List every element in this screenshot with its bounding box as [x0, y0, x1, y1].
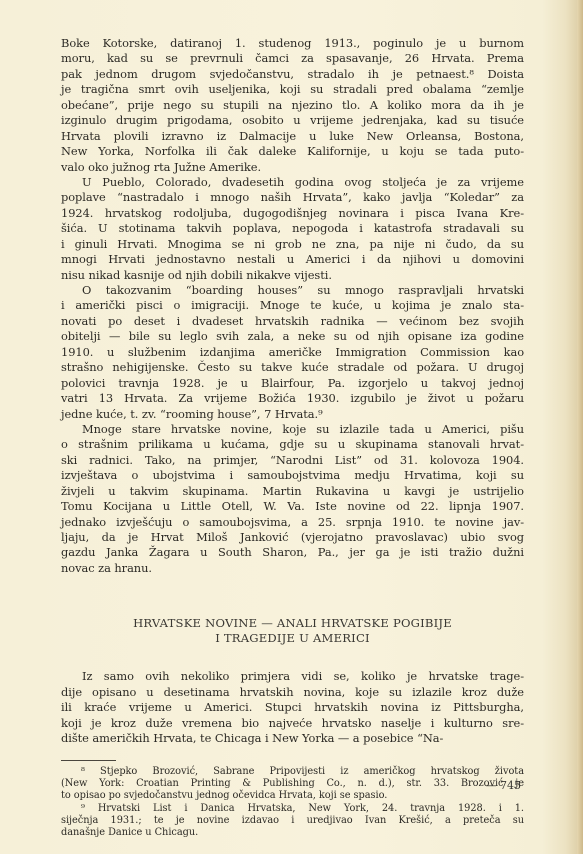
- text-line: ljaju, da je Hrvat Miloš Janković (vjero…: [61, 530, 524, 545]
- text-line: New Yorka, Norfolka ili čak daleke Kalif…: [61, 144, 524, 159]
- body-text: Boke Kotorske, datiranoj 1. studenog 191…: [61, 36, 524, 576]
- text-line: novati po deset i dvadeset hrvatskih rad…: [61, 314, 524, 329]
- paragraph: O takozvanim “boarding houses” su mnogo …: [61, 283, 524, 422]
- footnote-line: to opisao po svjedočanstvu jednog očevid…: [61, 790, 524, 802]
- text-line: moru, kad su se prevrnuli čamci za spasa…: [61, 51, 524, 66]
- text-line: U Pueblo, Colorado, dvadesetih godina ov…: [61, 175, 524, 190]
- paragraph: Mnoge stare hrvatske novine, koje su izl…: [61, 422, 524, 576]
- footnote-line: siječnja 1931.; te je novine izdavao i u…: [61, 815, 524, 827]
- text-line: Iz samo ovih nekoliko primjera vidi se, …: [61, 669, 524, 684]
- paragraph: U Pueblo, Colorado, dvadesetih godina ov…: [61, 175, 524, 283]
- text-line: strašno nehigijenske. Često su takve kuć…: [61, 360, 524, 375]
- footnote-8: ⁸ Stjepko Brozović, Sabrane Pripovijesti…: [61, 766, 524, 803]
- text-line: živjeli u takvim skupinama. Martin Rukav…: [61, 484, 524, 499]
- text-line: poplave “nastradalo i mnogo naših Hrvata…: [61, 190, 524, 205]
- page-edge-shadow: [577, 0, 583, 854]
- section-body-text: Iz samo ovih nekoliko primjera vidi se, …: [61, 669, 524, 746]
- text-line: Boke Kotorske, datiranoj 1. studenog 191…: [61, 36, 524, 51]
- text-line: jedne kuće, t. zv. “rooming house”, 7 Hr…: [61, 407, 524, 422]
- page-number: — 745: [486, 779, 522, 792]
- text-line: valo oko južnog rta Južne Amerike.: [61, 160, 524, 175]
- paragraph: Iz samo ovih nekoliko primjera vidi se, …: [61, 669, 524, 746]
- text-line: obećane”, prije nego su stupili na njezi…: [61, 98, 524, 113]
- text-line: 1924. hrvatskog rodoljuba, dugogodišnjeg…: [61, 206, 524, 221]
- text-line: ili kraće vrijeme u Americi. Stupci hrva…: [61, 700, 524, 715]
- text-line: koji je kroz duže vremena bio najveće hr…: [61, 716, 524, 731]
- text-line: izvještava o ubojstvima i samoubojstvima…: [61, 468, 524, 483]
- footnote-line: ⁹ Hrvatski List i Danica Hrvatska, New Y…: [61, 803, 524, 815]
- text-line: dije opisano u desetinama hrvatskih novi…: [61, 685, 524, 700]
- section-heading-line-1: HRVATSKE NOVINE — ANALI HRVATSKE POGIBIJ…: [61, 616, 524, 631]
- text-line: obitelji — bile su leglo svih zala, a ne…: [61, 329, 524, 344]
- text-line: O takozvanim “boarding houses” su mnogo …: [61, 283, 524, 298]
- text-line: 1910. u službenim izdanjima američke Imm…: [61, 345, 524, 360]
- text-line: Tomu Kocijana u Little Otell, W. Va. Ist…: [61, 499, 524, 514]
- footnote-line: ⁸ Stjepko Brozović, Sabrane Pripovijesti…: [61, 766, 524, 778]
- text-line: Hrvata plovili izravno iz Dalmacije u lu…: [61, 129, 524, 144]
- text-line: šića. U stotinama takvih poplava, nepogo…: [61, 221, 524, 236]
- text-line: polovici travnja 1928. je u Blairfour, P…: [61, 376, 524, 391]
- text-line: dište američkih Hrvata, te Chicaga i New…: [61, 731, 524, 746]
- footnote-line: današnje Danice u Chicagu.: [61, 827, 524, 839]
- text-line: o strašnim prilikama u kućama, gdje su u…: [61, 437, 524, 452]
- text-line: i ginuli Hrvati. Mnogima se ni grob ne z…: [61, 237, 524, 252]
- footnote-separator-rule: [61, 760, 116, 761]
- section-heading-line-2: I TRAGEDIJE U AMERICI: [61, 631, 524, 646]
- footnote-9: ⁹ Hrvatski List i Danica Hrvatska, New Y…: [61, 803, 524, 840]
- text-line: ski radnici. Tako, na primjer, “Narodni …: [61, 453, 524, 468]
- scanned-page: Boke Kotorske, datiranoj 1. studenog 191…: [0, 0, 583, 854]
- page-text-block: Boke Kotorske, datiranoj 1. studenog 191…: [61, 36, 524, 840]
- text-line: novac za hranu.: [61, 561, 524, 576]
- footnotes: ⁸ Stjepko Brozović, Sabrane Pripovijesti…: [61, 766, 524, 840]
- text-line: vatri 13 Hrvata. Za vrijeme Božića 1930.…: [61, 391, 524, 406]
- text-line: Mnoge stare hrvatske novine, koje su izl…: [61, 422, 524, 437]
- text-line: jednako izvješćuju o samoubojsvima, a 25…: [61, 515, 524, 530]
- text-line: nisu nikad kasnije od njih dobili nikakv…: [61, 268, 524, 283]
- footnote-line: (New York: Croatian Printing & Publishin…: [61, 778, 524, 790]
- text-line: izginulo drugim prigodama, osobito u vri…: [61, 113, 524, 128]
- text-line: gazdu Janka Žagara u South Sharon, Pa., …: [61, 545, 524, 560]
- text-line: je tragična smrt ovih useljenika, koji s…: [61, 82, 524, 97]
- paragraph: Boke Kotorske, datiranoj 1. studenog 191…: [61, 36, 524, 175]
- text-line: mnogi Hrvati jednostavno nestali u Ameri…: [61, 252, 524, 267]
- text-line: pak jednom drugom svjedočanstvu, stradal…: [61, 67, 524, 82]
- section-heading: HRVATSKE NOVINE — ANALI HRVATSKE POGIBIJ…: [61, 616, 524, 645]
- text-line: i američki pisci o imigraciji. Mnoge te …: [61, 298, 524, 313]
